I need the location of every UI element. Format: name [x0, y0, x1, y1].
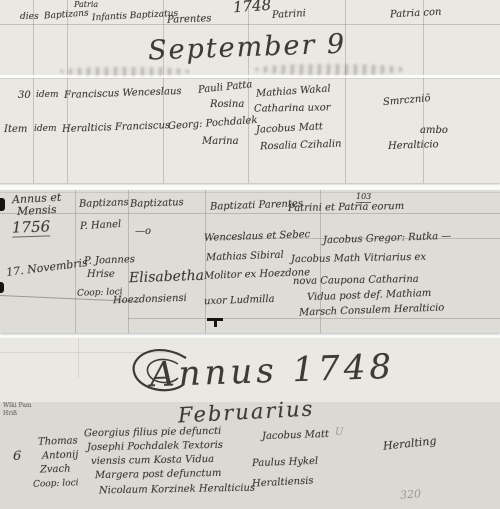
- entry-infans: Heralticis Franciscus: [62, 121, 170, 135]
- baptizans-line: Zvach: [40, 464, 71, 475]
- entry-day: Item: [4, 125, 27, 135]
- header-mensis: Mensis: [17, 204, 57, 217]
- row-rule: [0, 192, 500, 193]
- header-parentes: Parentes: [167, 14, 212, 26]
- entry-baptizans: P. Hanel: [80, 220, 122, 232]
- header-patria-con: Patria con: [390, 8, 442, 21]
- entry-baptizans: idem: [36, 91, 59, 100]
- entry-patrini: Jacobus Gregor: Rutka —: [323, 232, 452, 246]
- scan-artifact: [0, 198, 5, 211]
- year-heading: 1748: [233, 0, 272, 15]
- annus-heading: Annus 1748: [149, 350, 395, 393]
- page-number: 103: [356, 193, 371, 203]
- header-patrini: Patrini: [272, 9, 306, 21]
- ditto-dash: —o: [135, 227, 151, 237]
- column-rule: [248, 0, 249, 183]
- entry-baptizata-place: Hoezdonsiensi: [113, 294, 187, 307]
- baptizans-line: Antonij: [42, 450, 79, 461]
- row-rule: [0, 24, 500, 25]
- entry-baptizans: idem: [34, 125, 57, 134]
- entry-parent: Mathias Sibiral: [206, 251, 284, 264]
- register-fragment-november-1756: Annus et Mensis Baptizans Baptizatus Bap…: [0, 190, 500, 333]
- entry-patria: ambo: [420, 126, 448, 136]
- row-rule: [128, 318, 500, 319]
- header-baptizatus: Baptizatus: [130, 198, 184, 210]
- illegible-smudge: [60, 67, 190, 76]
- entry-parent: Pauli Patta: [198, 80, 253, 96]
- page-number: 320: [400, 488, 422, 500]
- illegible-smudge: [255, 64, 405, 75]
- entry-parent: Marina: [202, 137, 239, 147]
- header-baptizans: Baptizans: [44, 9, 89, 21]
- entry-baptizans: P. Joannes: [84, 255, 135, 267]
- entry-baptizata: Elisabetha: [129, 269, 204, 286]
- entry-patrinus: Jacobus Matt: [256, 122, 323, 135]
- entry-patrinus: Jacobus Math Vitriarius ex: [291, 253, 426, 265]
- entry-patrinus: nova Caupona Catharina: [293, 275, 419, 287]
- entry-patrinus: Vidua post def. Mathiam: [307, 289, 432, 303]
- register-fragment-september-1748: Patria dies Baptizans Infantis Baptizatu…: [0, 0, 500, 183]
- entry-infans: Franciscus Wenceslaus: [64, 87, 182, 101]
- header-baptizans: Baptizans: [79, 198, 129, 210]
- month-heading-september: September 9: [148, 31, 347, 65]
- entry-baptizans: Hrise: [87, 270, 115, 280]
- column-rule: [33, 0, 34, 183]
- entry-parent: Georg: Pochdalek: [168, 116, 258, 132]
- entry-number: 6: [13, 450, 21, 463]
- entry-parent: uxor Ludmilla: [204, 295, 275, 307]
- scan-artifact: [0, 282, 4, 293]
- baptizans-line: Thomas: [38, 436, 78, 447]
- register-fragment-februarius-1748: Annus 1748 Wlki Pam Hriß Februarius 6 Th…: [0, 338, 500, 509]
- pencil-mark: U: [335, 428, 343, 438]
- entry-patrinus: Mathias Wakal: [256, 84, 331, 99]
- header-dies: dies: [20, 13, 39, 22]
- column-rule: [423, 0, 424, 183]
- entry-parent: Rosina: [210, 100, 244, 110]
- margin-note: Hriß: [3, 411, 17, 417]
- entry-patrinus: Catharina uxor: [254, 103, 331, 114]
- entry-year: 1756: [12, 219, 51, 237]
- row-rule: [0, 213, 500, 214]
- entry-patrinus: Rosalia Czihalin: [260, 140, 342, 153]
- ink-mark: [214, 318, 217, 327]
- entry-parentes: Wenceslaus et Sebec: [204, 230, 310, 244]
- column-rule: [78, 338, 79, 378]
- header-patrini-patria: Patrini et Patria eorum: [288, 202, 404, 214]
- baptizans-line: Coop: loci: [33, 479, 79, 490]
- entry-patria: Heralticio: [388, 140, 439, 152]
- scanned-register-page: Patria dies Baptizans Infantis Baptizatu…: [0, 0, 500, 509]
- entry-day: 30: [18, 91, 31, 101]
- header-infantis-baptizatus: Infantis Baptizatus: [92, 10, 179, 23]
- margin-note: Wlki Pam: [3, 403, 32, 409]
- column-rule: [345, 0, 346, 183]
